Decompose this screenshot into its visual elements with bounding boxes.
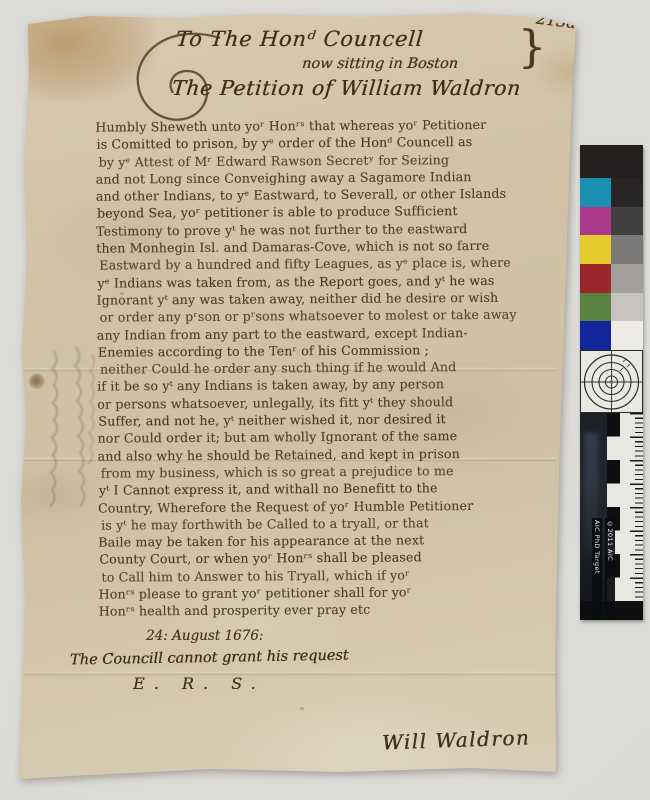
- heading-brace: }: [518, 22, 546, 73]
- color-patch-row: [580, 264, 643, 293]
- secretary-initials: E. R. S.: [133, 674, 265, 693]
- color-patch: [580, 207, 611, 236]
- petition-body: Humbly Sheweth unto yoʳ Honʳˢ that where…: [95, 115, 566, 620]
- color-patch-row: [580, 321, 643, 350]
- gray-patch: [611, 207, 643, 236]
- date-line: 24: August 1676:: [146, 628, 263, 644]
- color-patch-row: [580, 235, 643, 264]
- heading-title: The Petition of William Waldron: [171, 76, 522, 100]
- heading-place: now sitting in Boston: [301, 56, 458, 72]
- manuscript-sheet-wrap: 213a To The Honᵈ Councell } now sitting …: [0, 0, 650, 800]
- gray-patch: [611, 235, 643, 264]
- calibration-target: AIC PhD Target ©2011 AIC: [580, 145, 643, 620]
- color-patch: [580, 235, 611, 264]
- color-patch-column: [580, 145, 643, 350]
- gray-patch: [611, 321, 643, 350]
- stain: [24, 12, 154, 100]
- color-patch: [580, 321, 611, 350]
- manuscript-line: Eastward by a hundred and fifty Leagues,…: [99, 254, 564, 275]
- scale-ruler: AIC PhD Target ©2011 AIC: [580, 413, 643, 620]
- heading-addressee: To The Honᵈ Councell: [175, 27, 424, 51]
- color-patch-row: [580, 178, 643, 207]
- color-patch-row: [580, 293, 643, 322]
- manuscript-sheet: 213a To The Honᵈ Councell } now sitting …: [0, 0, 650, 800]
- color-patch: [580, 178, 611, 207]
- target-copyright-text: ©2011 AIC: [605, 518, 615, 618]
- target-label-band: AIC PhD Target ©2011 AIC: [580, 601, 643, 620]
- bullseye-registration-target: [580, 350, 643, 413]
- ruler-tick-strip: [620, 413, 643, 601]
- photograph-backdrop: 213a To The Honᵈ Councell } now sitting …: [0, 0, 650, 800]
- color-patch: [580, 264, 611, 293]
- gray-patch: [611, 293, 643, 322]
- manuscript-line: Honʳˢ health and prosperity ever pray et…: [99, 600, 567, 621]
- gray-patch: [611, 178, 643, 207]
- color-patch-black: [580, 145, 643, 178]
- fold-crease: [24, 672, 556, 675]
- gray-patch: [611, 264, 643, 293]
- stain: [300, 707, 304, 710]
- council-docket: The Councill cannot grant his request: [70, 648, 349, 669]
- color-patch: [580, 293, 611, 322]
- stain: [29, 374, 45, 389]
- signature: Will Waldron: [382, 725, 531, 754]
- manuscript-line: or order any pʳson or pʳsons whatsoever …: [100, 306, 565, 327]
- color-patch-row: [580, 207, 643, 236]
- target-label-text: AIC PhD Target: [592, 518, 602, 618]
